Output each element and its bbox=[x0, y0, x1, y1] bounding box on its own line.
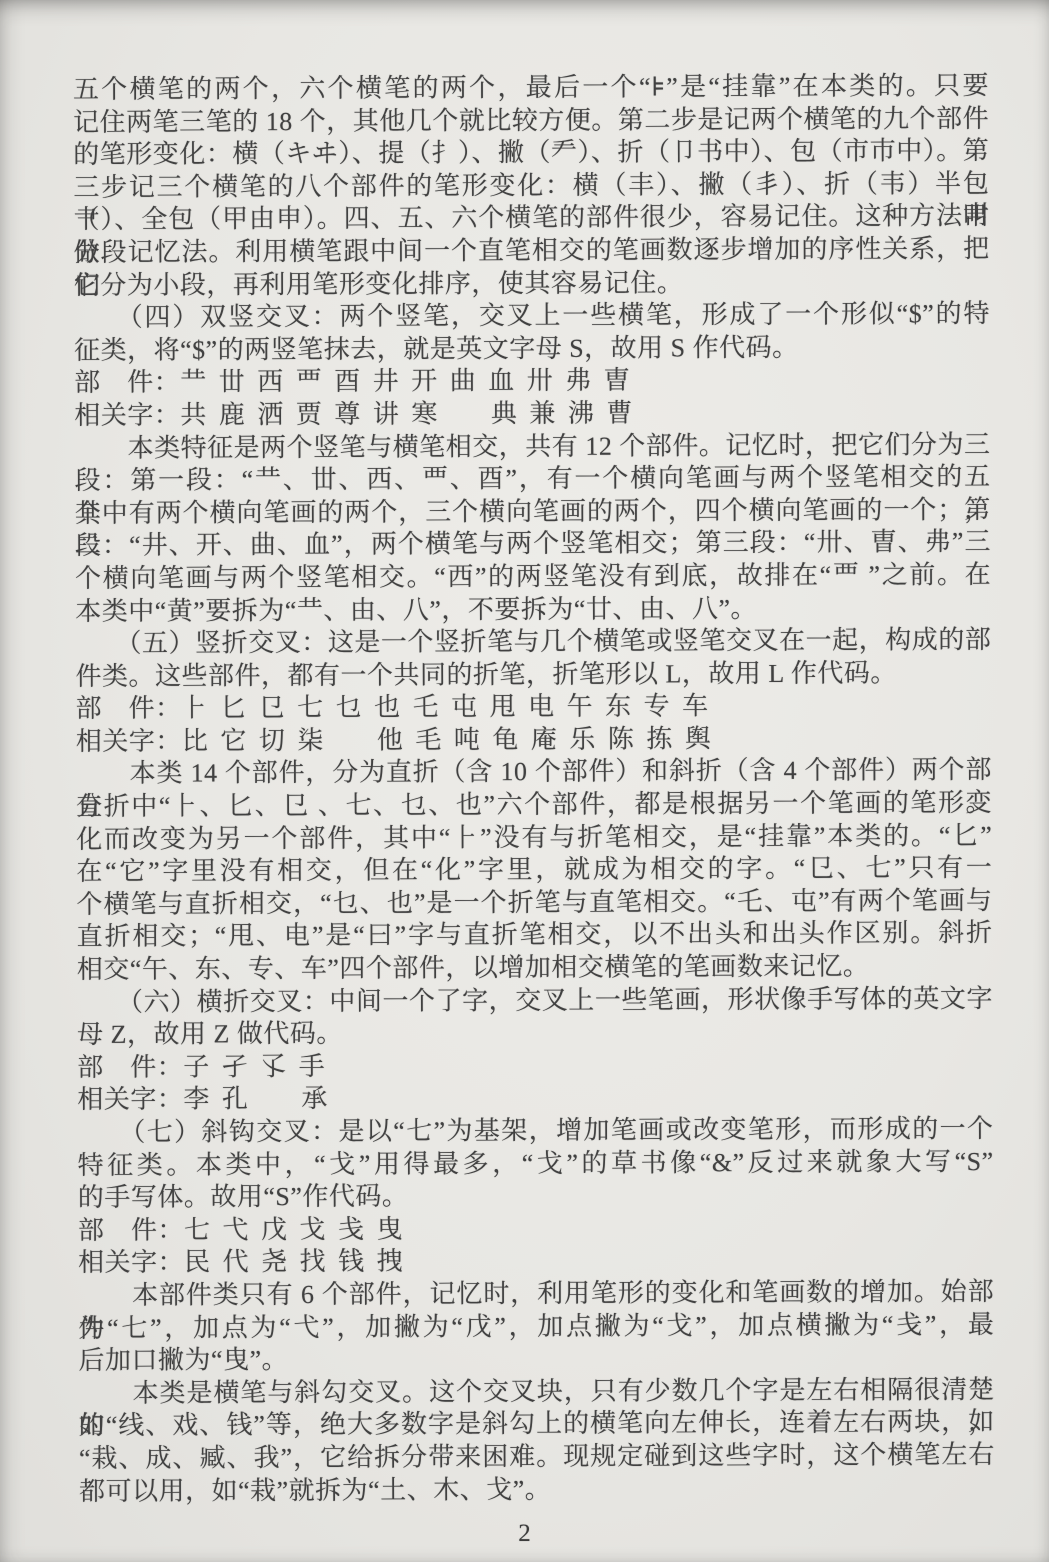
component-row: 相关字：共 鹿 洒 贾 尊 讲 寒 典 兼 沸 曹 bbox=[74, 396, 990, 433]
text-line: 直折中“⺊、匕、㔾 、七、乜、也”六个部件，都是根据另一个笔画的笔形变 bbox=[76, 787, 992, 824]
component-row: 部 件：子 孑 孓 手 bbox=[77, 1048, 993, 1085]
text-line: 们分为小段，再利用笔形变化排序，使其容易记住。 bbox=[74, 266, 990, 303]
text-line: 母 Z，故用 Z 做代码。 bbox=[77, 1015, 993, 1052]
text-line: 的手写体。故用“S”作代码。 bbox=[78, 1178, 994, 1215]
text-line: 直折相交；“甩、电”是“曰”字与直折笔相交，以不出头和出头作区别。斜折 bbox=[77, 917, 993, 954]
text-line: 其中有两个横向笔画的两个，三个横向笔画的两个，四个横向笔画的一个；第二 bbox=[75, 494, 991, 531]
page-number: 2 bbox=[0, 1520, 1049, 1548]
text-line: 征类，将“$”的两竖笔抹去，就是英文字母 S，故用 S 作代码。 bbox=[74, 331, 990, 368]
text-line: “栽、成、臧、我”，它给拆分带来困难。现规定碰到这些字时，这个横笔左右 bbox=[79, 1439, 995, 1476]
text-line: 分段记忆法。利用横笔跟中间一个直笔相交的笔画数逐步增加的序性关系，把它 bbox=[74, 233, 990, 270]
component-row: 部 件：⺊ 匕 㔾 七 乜 也 乇 屯 甩 电 午 东 专 车 bbox=[76, 689, 992, 726]
text-line: 特征类。本类中，“戈”用得最多，“戈”的草书像“&”反过来就象大写“S” bbox=[78, 1146, 994, 1183]
text-line: 件类。这些部件，都有一个共同的折笔，折笔形以 L，故用 L 作代码。 bbox=[75, 657, 991, 694]
text-line: 为“七”，加点为“弋”，加撇为“戊”，加点撇为“戈”，加点横撇为“戋”，最 bbox=[78, 1309, 994, 1346]
text-line: 本类 14 个部件，分为直折（含 10 个部件）和斜折（含 4 个部件）两个部分… bbox=[76, 754, 992, 791]
text-line: 本类特征是两个竖笔与横笔相交，共有 12 个部件。记忆时，把它们分为三 bbox=[74, 429, 990, 466]
text-line: 相交“午、东、专、车”四个部件，以增加相交横笔的笔画数来记忆。 bbox=[77, 950, 993, 987]
text-line: （五）竖折交叉：这是一个竖折笔与几个横笔或竖笔交叉在一起，构成的部 bbox=[75, 624, 991, 661]
component-row: 相关字：李 孔 承 bbox=[77, 1080, 993, 1117]
text-line: 在“它”字里没有相交，但在“化”字里，就成为相交的字。“㔾、七”只有一 bbox=[76, 852, 992, 889]
text-line: 个横向笔画与两个竖笔相交。“西”的两竖笔没有到底，故排在“覀 ”之前。在 bbox=[75, 559, 991, 596]
text-line: 本部件类只有 6 个部件，记忆时，利用笔形的变化和笔画数的增加。始部件 bbox=[78, 1276, 994, 1313]
text-line: （六）横折交叉：中间一个了字，交叉上一些笔画，形状像手写体的英文字 bbox=[77, 983, 993, 1020]
text-line: 肀）、全包（甲由申）。四、五、六个横笔的部件很少，容易记住。这种方法叫做 bbox=[73, 200, 989, 237]
text-line: 本类中“黄”要拆为“龷、由、八”，不要拆为“廿、由、八”。 bbox=[75, 592, 991, 629]
text-block: 五个横笔的两个，六个横笔的两个，最后一个“⊧”是“挂靠”在本类的。只要记住两笔三… bbox=[73, 70, 995, 1508]
component-row: 部 件：七 弋 戊 戈 戋 曳 bbox=[78, 1211, 994, 1248]
text-line: （四）双竖交叉：两个竖笔，交叉上一些横笔，形成了一个形似“$”的特 bbox=[74, 298, 990, 335]
text-line: 后加口撇为“曳”。 bbox=[78, 1341, 994, 1378]
text-line: （七）斜钩交叉：是以“七”为基架，增加笔画或改变笔形，而形成的一个 bbox=[77, 1113, 993, 1150]
text-line: 段：第一段：“龷、丗、西、覀、酉”，有一个横向笔画与两个竖笔相交的五个， bbox=[75, 461, 991, 498]
text-line: 都可以用，如“栽”就拆为“土、木、戈”。 bbox=[79, 1472, 995, 1509]
component-row: 部 件：龷 丗 西 覀 酉 井 开 曲 血 卅 弗 曺 bbox=[74, 363, 990, 400]
text-line: 五个横笔的两个，六个横笔的两个，最后一个“⊧”是“挂靠”在本类的。只要 bbox=[73, 70, 989, 107]
text-line: 如“线、戏、钱”等，绝大多数字是斜勾上的横笔向左伸长，连着左右两块，如 bbox=[79, 1406, 995, 1443]
text-line: 记住两笔三笔的 18 个，其他几个就比较方便。第二步是记两个横笔的九个部件 bbox=[73, 103, 989, 140]
text-line: 段：“井、开、曲、血”，两个横笔与两个竖笔相交；第三段：“卅、曺、弗”三 bbox=[75, 526, 991, 563]
text-line: 本类是横笔与斜勾交叉。这个交叉块，只有少数几个字是左右相隔很清楚的， bbox=[79, 1374, 995, 1411]
text-line: 的笔形变化：横（キヰ）、提（扌）、撇（龵）、折（卩书中）、包（市巿中）。第 bbox=[73, 135, 989, 172]
component-row: 相关字：民 代 尧 找 钱 拽 bbox=[78, 1243, 994, 1280]
text-line: 个横笔与直折相交，“乜、也”是一个折笔与直笔相交。“乇、屯”有两个笔画与 bbox=[76, 885, 992, 922]
component-row: 相关字：比 它 切 柒 他 毛 吨 龟 庵 乐 陈 拣 舆 bbox=[76, 722, 992, 759]
text-line: 化而改变为另一个部件，其中“⺊”没有与折笔相交，是“挂靠”本类的。“匕” bbox=[76, 820, 992, 857]
scanned-page: 五个横笔的两个，六个横笔的两个，最后一个“⊧”是“挂靠”在本类的。只要记住两笔三… bbox=[0, 0, 1049, 1562]
text-line: 三步记三个横笔的八个部件的笔形变化：横（丰）、撇（丯）、折（韦）半包（帇 bbox=[73, 168, 989, 205]
